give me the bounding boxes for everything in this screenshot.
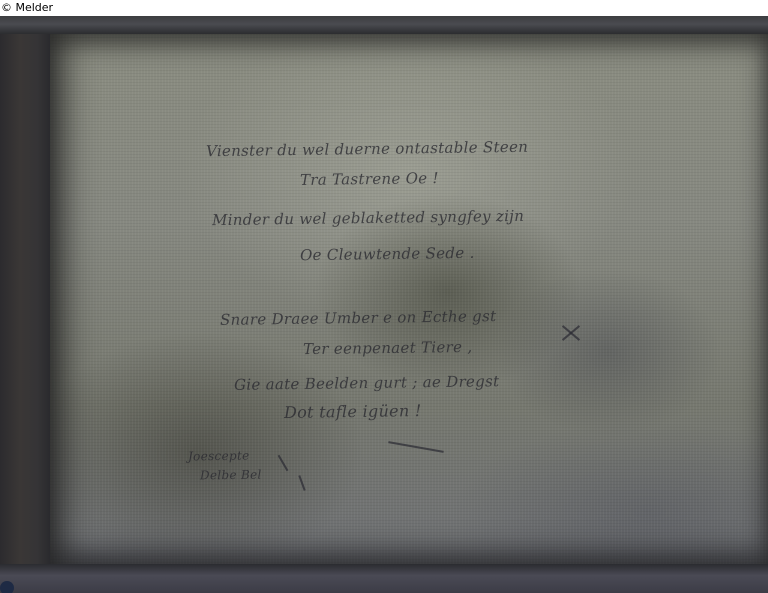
- stretcher-left: [0, 16, 50, 593]
- inscription-line: Minder du wel geblaketted syngfey zijn: [212, 207, 524, 229]
- stretcher-bottom: [0, 564, 768, 593]
- canvas-back: Vienster du wel duerne ontastable Steen …: [48, 32, 768, 566]
- inscription-line: Dot tafle igüen !: [284, 401, 422, 422]
- inscription-line: Gie aate Beelden gurt ; ae Dregst: [234, 372, 500, 394]
- signature-line: Delbe Bel: [200, 468, 262, 483]
- ink-cross: [562, 325, 580, 341]
- signature-line: Joescepte: [188, 449, 250, 464]
- copyright-caption: © Melder: [1, 0, 53, 15]
- inscription-line: Oe Cleuwtende Sede .: [300, 244, 475, 264]
- handwritten-inscription: Vienster du wel duerne ontastable Steen …: [48, 32, 768, 566]
- inscription-line: Snare Draee Umber e on Ecthe gst: [220, 307, 497, 329]
- inscription-line: Tra Tastrene Oe !: [300, 169, 439, 189]
- inscription-line: Vienster du wel duerne ontastable Steen: [206, 138, 528, 160]
- stretcher-top: [0, 16, 768, 34]
- ink-stroke: [298, 475, 305, 491]
- ink-cross: [562, 325, 580, 341]
- photograph: Vienster du wel duerne ontastable Steen …: [0, 16, 768, 593]
- ink-stroke: [278, 455, 289, 472]
- bolt-icon: [0, 581, 14, 593]
- caption-bar: © Melder: [0, 0, 768, 16]
- ink-stroke: [388, 441, 443, 453]
- inscription-line: Ter eenpenaet Tiere ,: [303, 338, 473, 358]
